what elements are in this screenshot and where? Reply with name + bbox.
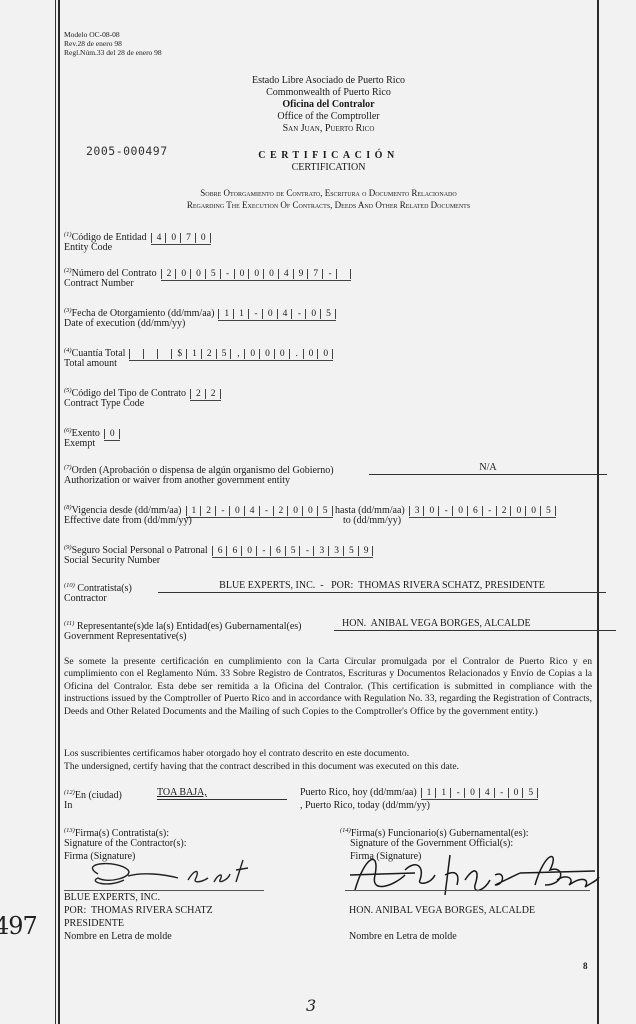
digit-box: 1: [421, 788, 436, 798]
digit-box: 3: [313, 546, 328, 556]
digit-box: 2: [273, 506, 288, 516]
handwritten-page-number: 3: [306, 996, 316, 1015]
field-number: (10): [64, 582, 75, 589]
digit-box: 7: [307, 269, 322, 279]
digit-box: 3: [409, 506, 424, 516]
exempt-boxes: 0: [104, 428, 120, 441]
contractor-signature-en: Signature of the Contractor(s):: [64, 838, 186, 850]
digit-box: -: [299, 546, 313, 556]
place-date-label-en: , Puerto Rico, today (dd/mm/yy): [300, 800, 430, 812]
execution-date-label-en: Date of execution (dd/mm/yy): [64, 318, 185, 330]
field-number: (7): [64, 464, 72, 471]
digit-box: 4: [151, 233, 166, 243]
digit-box: 5: [317, 506, 333, 516]
field-number: (3): [64, 307, 72, 314]
contractor-name-caption: Nombre en Letra de molde: [64, 931, 172, 943]
digit-box: 7: [180, 233, 195, 243]
digit-box: 0: [104, 429, 120, 439]
total-amount-boxes: $125,000.00: [129, 348, 333, 361]
field-number: (11): [64, 620, 74, 627]
digit-box: 3: [328, 546, 343, 556]
effective-to-boxes: 30-06-2005: [409, 505, 556, 518]
page-border-left-outer: [55, 0, 56, 1024]
digit-box: 1: [218, 309, 233, 319]
field-number: (12): [64, 789, 75, 796]
digit-box: 5: [320, 309, 336, 319]
digit-box: 0: [464, 788, 479, 798]
field-city: (12)En (ciudad): [64, 787, 122, 802]
place-date-boxes: 11-04-05: [421, 787, 539, 800]
digit-box: 0: [274, 349, 289, 359]
field-number: (1): [64, 231, 72, 238]
digit-box: 2: [201, 349, 216, 359]
contractor-name-3: PRESIDENTE: [64, 918, 124, 930]
effective-from-boxes: 12-04-2005: [186, 505, 333, 518]
attestation-es: Los suscribientes certificamos haber oto…: [64, 748, 409, 760]
digit-box: 1: [186, 349, 201, 359]
digit-box: 0: [263, 269, 278, 279]
handwritten-margin-note: 497: [0, 912, 37, 940]
digit-box: 0: [244, 349, 259, 359]
place-date: Puerto Rico, hoy (dd/mm/aa)11-04-05: [300, 787, 538, 800]
digit-box: [129, 349, 143, 359]
subtitle-en: Regarding The Execution Of Contracts, De…: [60, 199, 597, 211]
gov-signature-line: [345, 890, 590, 891]
agency-line-3: Oficina del Contralor: [60, 99, 597, 111]
digit-box: -: [438, 506, 452, 516]
digit-box: 9: [358, 546, 374, 556]
field-number: (8): [64, 504, 72, 511]
digit-box: 6: [226, 546, 241, 556]
exempt-label-en: Exempt: [64, 438, 95, 450]
contract-number-label-en: Contract Number: [64, 278, 134, 290]
gov-rep-value: HON. ANIBAL VEGA BORGES, ALCALDE: [334, 618, 616, 631]
gov-name-caption: Nombre en Letra de molde: [349, 931, 457, 943]
digit-box: 0: [229, 506, 244, 516]
contract-type-boxes: 22: [190, 388, 221, 401]
contractor-value: BLUE EXPERTS, INC. - POR: THOMAS RIVERA …: [158, 580, 606, 593]
field-number: (5): [64, 387, 72, 394]
contractor-name-2: POR: THOMAS RIVERA SCHATZ: [64, 905, 213, 917]
digit-box: 2: [200, 506, 215, 516]
title-en: CERTIFICATION: [60, 162, 597, 174]
digit-box: 5: [285, 546, 300, 556]
digit-box: 0: [259, 349, 274, 359]
contract-number-boxes: 2005-000497-: [161, 268, 352, 281]
title-es: Certificación: [60, 150, 597, 162]
digit-box: [143, 349, 157, 359]
digit-box: 0: [508, 788, 523, 798]
field-number: (9): [64, 544, 72, 551]
total-amount-label-en: Total amount: [64, 358, 117, 370]
digit-box: 2: [496, 506, 511, 516]
contractor-label-en: Contractor: [64, 593, 107, 605]
digit-box: 0: [195, 233, 211, 243]
digit-box: 0: [510, 506, 525, 516]
page-number: 8: [583, 961, 588, 971]
digit-box: [336, 269, 351, 279]
effective-to-label-en: to (dd/mm/yy): [343, 515, 401, 527]
digit-box: 5: [343, 546, 358, 556]
digit-box: 9: [293, 269, 308, 279]
agency-line-4: Office of the Comptroller: [60, 111, 597, 123]
digit-box: 4: [479, 788, 494, 798]
digit-box: 0: [525, 506, 540, 516]
digit-box: -: [482, 506, 496, 516]
subtitle-es: Sobre Otorgamiento de Contrato, Escritur…: [60, 187, 597, 199]
field-number: (2): [64, 267, 72, 274]
digit-box: 0: [234, 269, 249, 279]
digit-box: -: [322, 269, 336, 279]
digit-box: 5: [205, 269, 220, 279]
digit-box: [157, 349, 171, 359]
digit-box: 0: [287, 506, 302, 516]
effective-from-label-en: Effective date from (dd/mm/yy): [64, 515, 192, 527]
form-regulation: Regl.Núm.33 del 28 de enero 98: [64, 48, 162, 57]
place-date-label: Puerto Rico, hoy (dd/mm/aa): [300, 787, 417, 798]
digit-box: 0: [305, 309, 320, 319]
digit-box: -: [256, 546, 270, 556]
ssn-boxes: 660-65-3359: [212, 545, 374, 558]
field-number: (13): [64, 827, 75, 834]
attestation-en: The undersigned, certify having that the…: [64, 761, 459, 773]
city-label-en: In: [64, 800, 72, 812]
digit-box: -: [220, 269, 234, 279]
digit-box: 4: [278, 269, 293, 279]
digit-box: -: [215, 506, 229, 516]
form-revision: Rev.28 de enero 98: [64, 39, 122, 48]
compliance-paragraph: Se somete la presente certificación en c…: [64, 656, 592, 718]
contractor-signature-line: [64, 890, 264, 891]
digit-box: 2: [205, 389, 221, 399]
city-value: TOA BAJA,: [157, 787, 287, 800]
digit-box: 6: [467, 506, 482, 516]
digit-box: 1: [435, 788, 450, 798]
digit-box: 5: [540, 506, 556, 516]
entity-code-label-en: Entity Code: [64, 242, 112, 254]
digit-box: 0: [241, 546, 256, 556]
execution-date-boxes: 11-04-05: [218, 308, 336, 321]
field-label: En (ciudad): [75, 790, 122, 801]
digit-box: 6: [270, 546, 285, 556]
digit-box: 4: [244, 506, 259, 516]
city-text: TOA BAJA,: [157, 787, 207, 798]
agency-line-5: San Juan, Puerto Rico: [60, 123, 597, 135]
agency-line-1: Estado Libre Asociado de Puerto Rico: [60, 75, 597, 87]
digit-box: -: [450, 788, 464, 798]
digit-box: 5: [522, 788, 538, 798]
form-model: Modelo OC-08-08: [64, 30, 120, 39]
digit-box: 0: [302, 506, 317, 516]
ssn-label-en: Social Security Number: [64, 555, 160, 567]
digit-box: 0: [262, 309, 277, 319]
digit-box: 0: [248, 269, 263, 279]
gov-name-1: HON. ANIBAL VEGA BORGES, ALCALDE: [349, 905, 535, 917]
digit-box: 0: [165, 233, 180, 243]
digit-box: 0: [317, 349, 333, 359]
field-number: (14): [340, 827, 351, 834]
digit-box: -: [248, 309, 262, 319]
digit-box: 6: [212, 546, 227, 556]
digit-box: -: [259, 506, 273, 516]
digit-box: 0: [303, 349, 318, 359]
digit-box: -: [291, 309, 305, 319]
gov-rep-label-en: Government Representative(s): [64, 631, 186, 643]
digit-box: 4: [277, 309, 292, 319]
digit-box: 0: [423, 506, 438, 516]
field-number: (4): [64, 347, 72, 354]
authorization-value: N/A: [369, 462, 607, 475]
digit-box: 0: [190, 269, 205, 279]
entity-code-boxes: 4070: [151, 232, 211, 245]
field-number: (6): [64, 427, 72, 434]
digit-box: -: [494, 788, 508, 798]
digit-box: .: [289, 349, 303, 359]
digit-box: 2: [161, 269, 176, 279]
digit-box: 0: [452, 506, 467, 516]
digit-box: 5: [216, 349, 231, 359]
authorization-label-en: Authorization or waiver from another gov…: [64, 475, 290, 487]
digit-box: 0: [175, 269, 190, 279]
digit-box: ,: [230, 349, 244, 359]
gov-signature: [345, 845, 605, 905]
digit-box: $: [171, 349, 186, 359]
contractor-name-1: BLUE EXPERTS, INC.: [64, 892, 160, 904]
digit-box: 1: [233, 309, 248, 319]
agency-line-2: Commonwealth of Puerto Rico: [60, 87, 597, 99]
contractor-signature: [68, 852, 268, 892]
contract-type-label-en: Contract Type Code: [64, 398, 144, 410]
digit-box: 2: [190, 389, 205, 399]
